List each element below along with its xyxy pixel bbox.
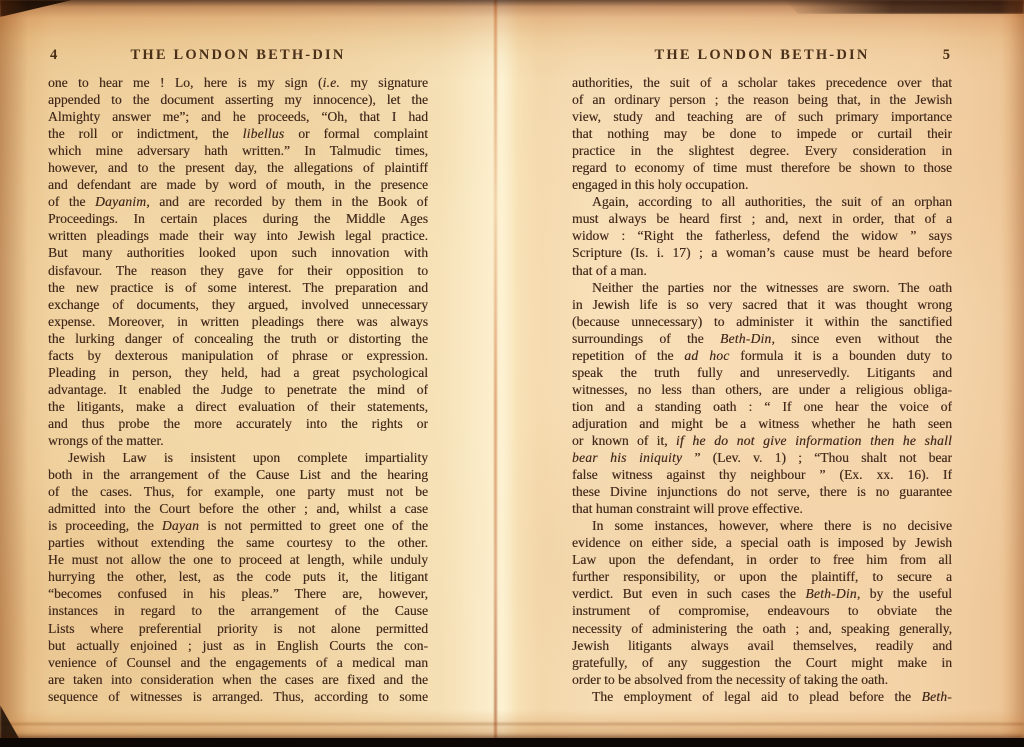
text-line: view, study and teaching are of such pri… [572, 108, 952, 125]
text-line: or known of it, if he do not give inform… [572, 432, 952, 449]
text-line: Law upon the defendant, in order to free… [572, 551, 952, 568]
top-scorch-shade [0, 0, 1024, 82]
bottom-black-border [0, 738, 1024, 747]
text-line: the roll or indictment, the libellus or … [48, 125, 428, 142]
text-line: disfavour. The reason they gave for thei… [48, 262, 428, 279]
text-line: parties without extending the same court… [48, 534, 428, 551]
text-line: But many authorities looked upon such in… [48, 244, 428, 261]
text-line: verdict. But even in such cases the Beth… [572, 585, 952, 602]
left-page-number: 4 [50, 47, 57, 64]
text-line: evidence on either side, a special oath … [572, 534, 952, 551]
text-line: instrument of compromise, endeavours to … [572, 602, 952, 619]
text-line: Scripture (Is. i. 17) ; a woman’s cause … [572, 244, 952, 261]
text-line: these Divine injunctions do not serve, t… [572, 483, 952, 500]
right-edge-shade [1000, 0, 1024, 747]
text-line: are taken into consideration when the ca… [48, 671, 428, 688]
gutter-crease [494, 0, 497, 739]
book-gutter [438, 0, 592, 747]
text-line: in Jewish life is so very sacred that it… [572, 296, 952, 313]
text-line: is proceeding, the Dayan is not permitte… [48, 517, 428, 534]
text-line: widow : “Right the fatherless, defend th… [572, 227, 952, 244]
top-right-dark-edge [784, 0, 1024, 14]
text-line: venience of Counsel and the engagements … [48, 654, 428, 671]
text-line: Lists where preferential priority is not… [48, 620, 428, 637]
text-line: tion and a standing oath : “ If one hear… [572, 398, 952, 415]
text-line: repetition of the ad hoc formula it is a… [572, 347, 952, 364]
text-line: that human constraint will prove effecti… [572, 500, 952, 517]
left-edge-shade [0, 0, 28, 747]
text-line: appended to the document asserting my in… [48, 91, 428, 108]
book-spread-scan: 4 THE LONDON BETH-DIN one to hear me ! L… [0, 0, 1024, 747]
right-page-number: 5 [943, 47, 950, 64]
text-line: false witness against thy neighbour ” (E… [572, 466, 952, 483]
right-page-text: authorities, the suit of a scholar takes… [572, 74, 952, 705]
text-line: expense. Moreover, in written pleadings … [48, 313, 428, 330]
text-line: that nothing may be done to impede or cu… [572, 125, 952, 142]
text-line: Again, according to all authorities, the… [572, 193, 952, 210]
text-line: Neither the parties nor the witnesses ar… [572, 279, 952, 296]
text-line: of the cases. Thus, for example, one par… [48, 483, 428, 500]
text-line: Proceedings. In certain places during th… [48, 210, 428, 227]
text-line: the new practice is of some interest. Th… [48, 279, 428, 296]
text-line: order to be absolved from the necessity … [572, 671, 952, 688]
left-page-header: 4 THE LONDON BETH-DIN [48, 47, 428, 65]
text-line: sequence of witnesses is arranged. Thus,… [48, 688, 428, 705]
text-line: (because unnecessary) to administer it w… [572, 313, 952, 330]
text-line: that of a man. [572, 262, 952, 279]
text-line: “becomes confused in his pleas.” There a… [48, 585, 428, 602]
text-line: regard to economy of time must therefore… [572, 159, 952, 176]
text-line: of the Dayanim, and are recorded by them… [48, 193, 428, 210]
text-line: bear his iniquity ” (Lev. v. 1) ; “Thou … [572, 449, 952, 466]
left-running-title: THE LONDON BETH-DIN [48, 47, 428, 64]
text-line: advantage. It enabled the Judge to penet… [48, 381, 428, 398]
bottom-scorch-band [0, 710, 1024, 738]
text-line: The employment of legal aid to plead bef… [572, 688, 952, 705]
text-line: further responsibility, or upon the plai… [572, 568, 952, 585]
text-line: the lurking danger of concealing the tru… [48, 330, 428, 347]
text-line: Jewish litigants always avail themselves… [572, 637, 952, 654]
text-line: instances in regard to the arrangement o… [48, 602, 428, 619]
text-line: wrongs of the matter. [48, 432, 428, 449]
text-line: gratefully, of any suggestion the Court … [572, 654, 952, 671]
text-line: Pleading in person, they held, had a gre… [48, 364, 428, 381]
text-line: facts by dexterous manipulation of phras… [48, 347, 428, 364]
text-line: practice in the slightest degree. Every … [572, 142, 952, 159]
text-line: engaged in this holy occupation. [572, 176, 952, 193]
text-line: witnesses, no less than others, are unde… [572, 381, 952, 398]
text-line: but actually enjoined ; just as in Engli… [48, 637, 428, 654]
text-line: necessity of administering the oath ; an… [572, 620, 952, 637]
text-line: adjuration and might be a witness whethe… [572, 415, 952, 432]
bottom-fold-line [0, 723, 1024, 725]
text-line: written pleadings made their way into Je… [48, 227, 428, 244]
text-line: speak the truth fully and unreservedly. … [572, 364, 952, 381]
text-line: however, and to the present day, the all… [48, 159, 428, 176]
text-line: the litigants, make a direct evaluation … [48, 398, 428, 415]
right-running-title: THE LONDON BETH-DIN [572, 47, 952, 64]
text-line: In some instances, however, where there … [572, 517, 952, 534]
text-line: He must not allow the one to proceed at … [48, 551, 428, 568]
text-line: authorities, the suit of a scholar takes… [572, 74, 952, 91]
left-page-text: one to hear me ! Lo, here is my sign (i.… [48, 74, 428, 705]
text-line: must always be heard first ; and, next i… [572, 210, 952, 227]
text-line: Jewish Law is insistent upon complete im… [48, 449, 428, 466]
text-line: of an ordinary person ; the reason being… [572, 91, 952, 108]
text-line: and thus probe the more accurately into … [48, 415, 428, 432]
text-line: which mine adversary hath written.” In T… [48, 142, 428, 159]
right-page-header: THE LONDON BETH-DIN 5 [572, 47, 952, 65]
text-line: both in the arrangement of the Cause Lis… [48, 466, 428, 483]
top-left-dark-corner [0, 0, 72, 17]
text-line: and defendant are made by word of mouth,… [48, 176, 428, 193]
text-line: admitted into the Court before the other… [48, 500, 428, 517]
text-line: surroundings of the Beth-Din, since even… [572, 330, 952, 347]
text-line: one to hear me ! Lo, here is my sign (i.… [48, 74, 428, 91]
text-line: exchange of documents, they argued, invo… [48, 296, 428, 313]
text-line: hurrying the other, lest, as the code pu… [48, 568, 428, 585]
text-line: Almighty answer me”; and he proceeds, “O… [48, 108, 428, 125]
bottom-left-dark-corner [0, 705, 24, 747]
